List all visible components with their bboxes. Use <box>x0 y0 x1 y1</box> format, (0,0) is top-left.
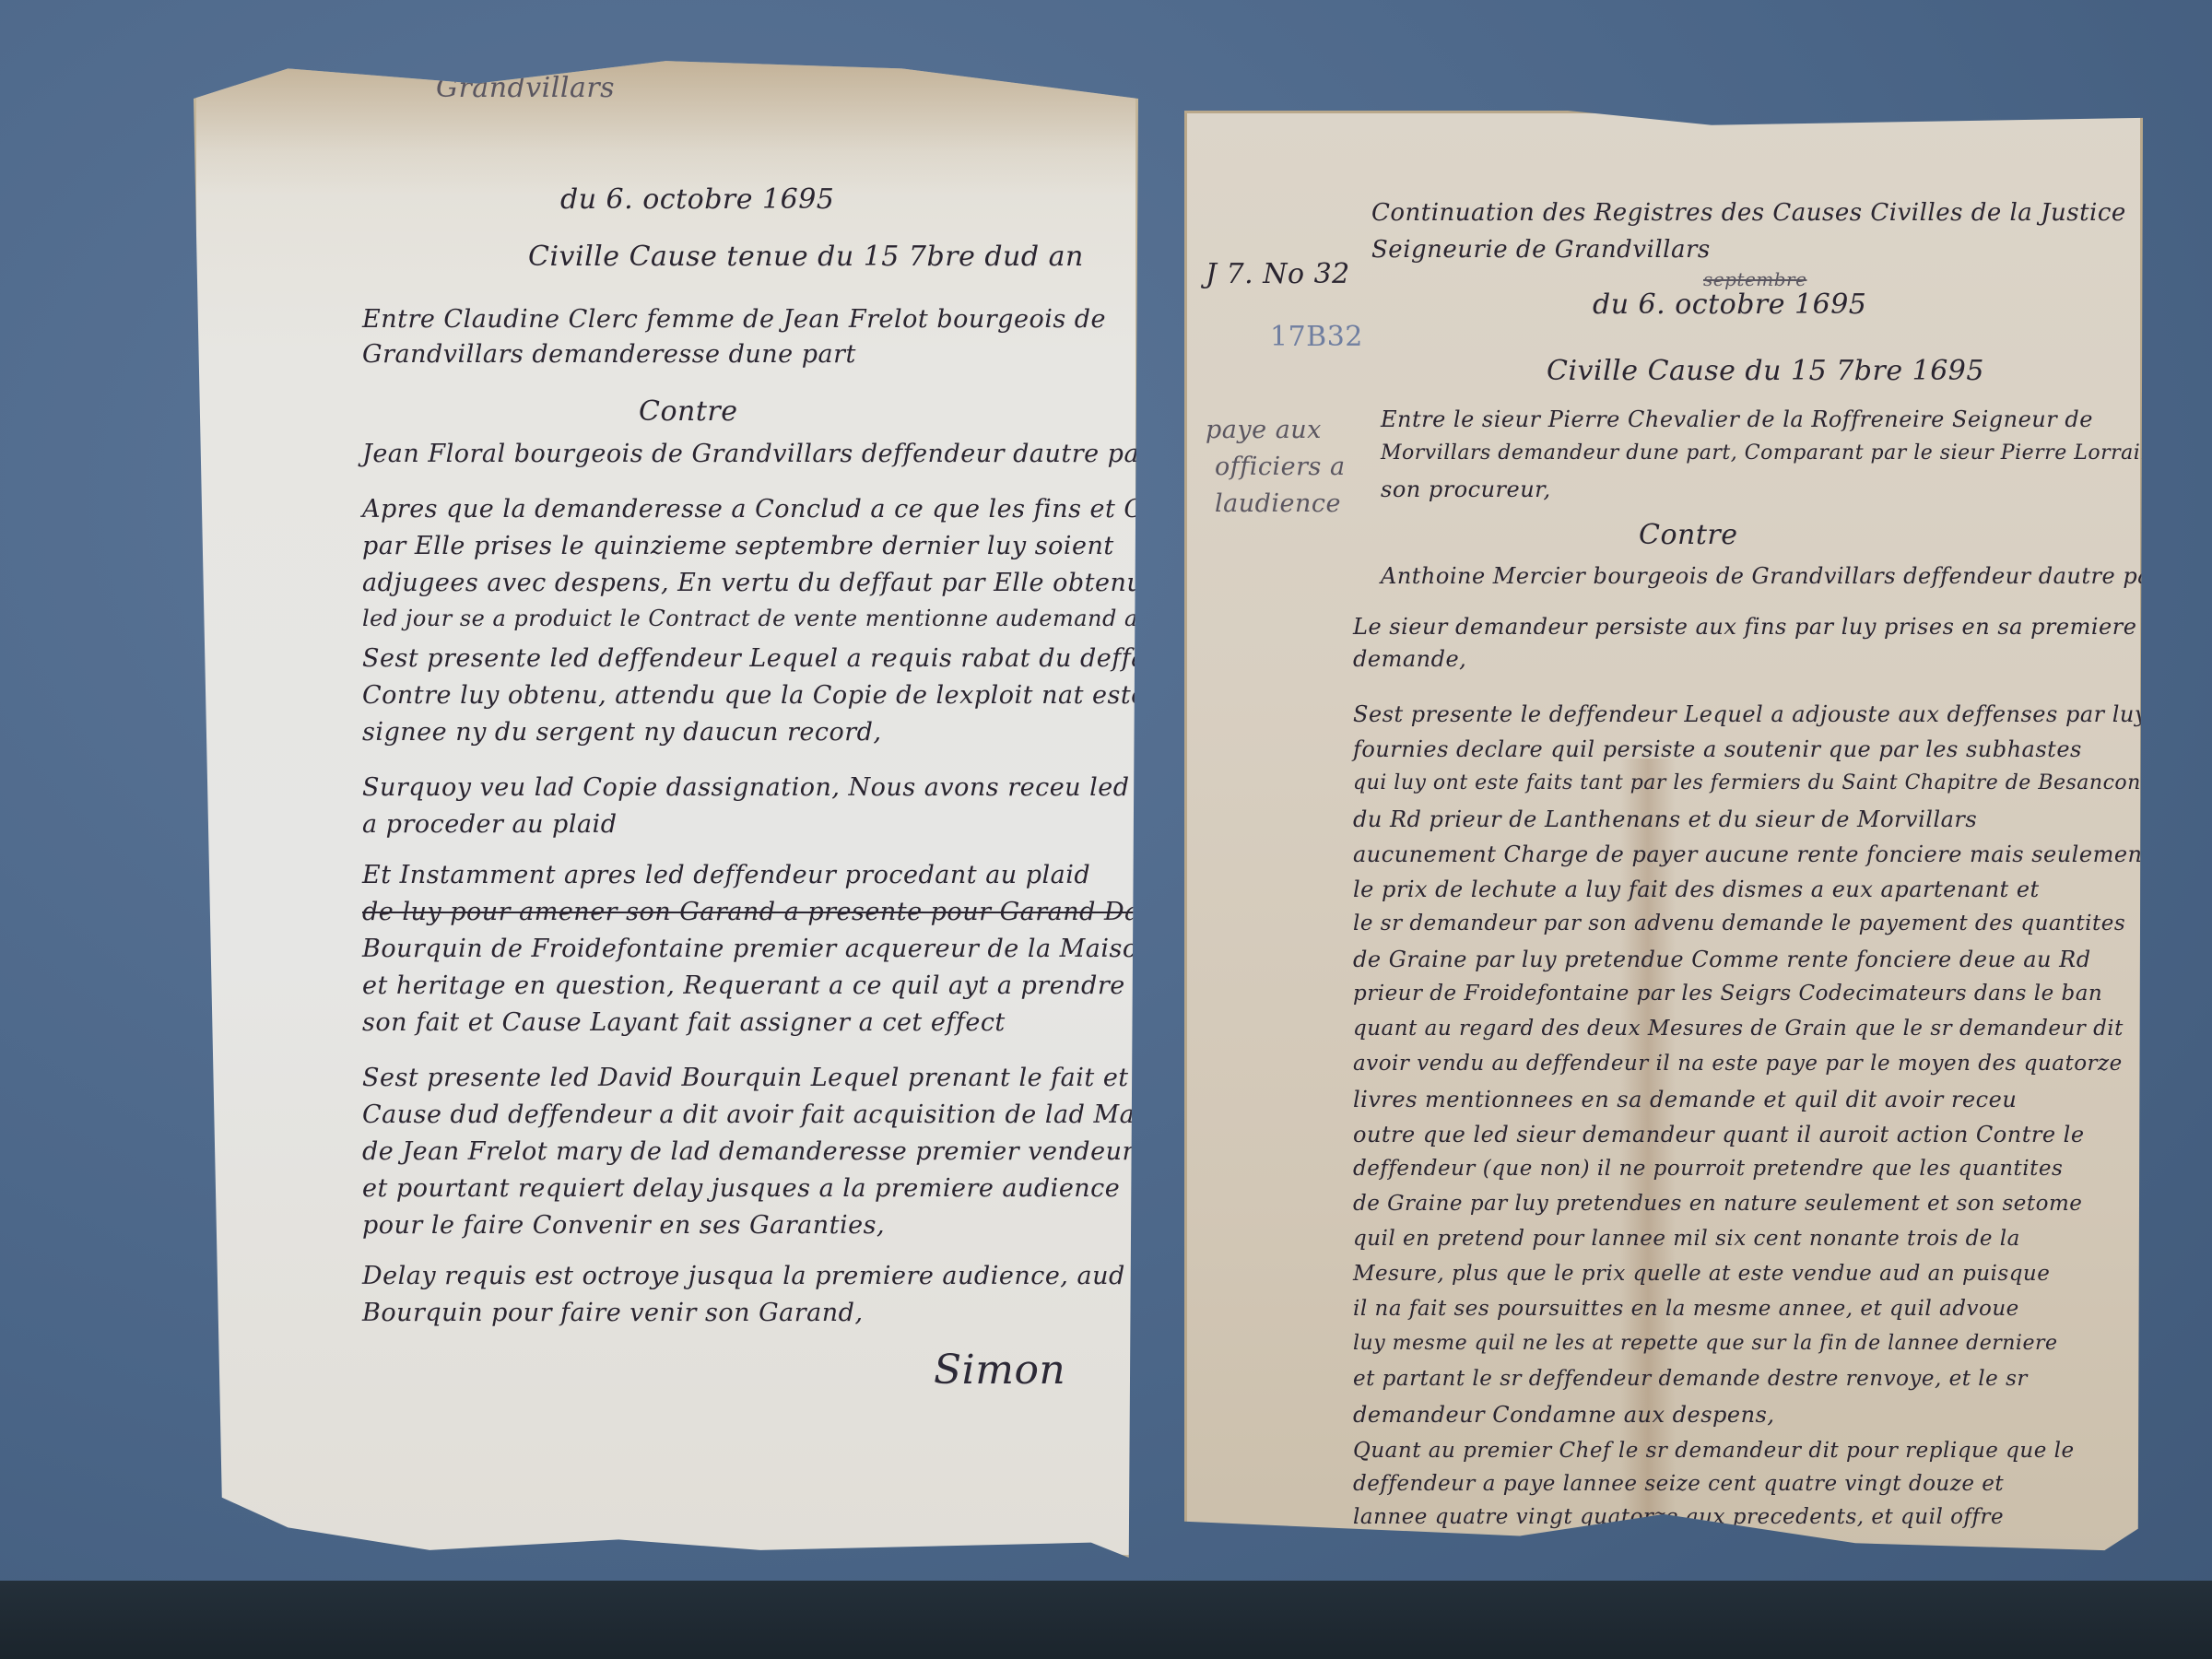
text-line: livres mentionnees en sa demande et quil… <box>1353 1088 2017 1111</box>
archive-stamp: 17B32 <box>1270 321 1363 353</box>
torn-top-edge <box>196 56 1135 194</box>
text-line: Quant au premier Chef le sr demandeur di… <box>1353 1441 2075 1462</box>
text-line: Sest presente led deffendeur Lequel a re… <box>362 646 1173 671</box>
text-line: outre que led sieur demandeur quant il a… <box>1353 1124 2085 1146</box>
text-line: Sest presente led David Bourquin Lequel … <box>362 1065 1129 1090</box>
contre-heading: Contre <box>639 395 738 428</box>
text-line: demandeur Condamne aux despens, <box>1353 1404 1774 1426</box>
text-line: a proceder au plaid <box>362 812 617 837</box>
text-line: Entre Claudine Clerc femme de Jean Frelo… <box>362 307 1106 332</box>
text-line: Et Instamment apres led deffendeur proce… <box>362 863 1090 888</box>
text-line: de Jean Frelot mary de lad demanderesse … <box>362 1139 1135 1164</box>
text-line: Sest presente le deffendeur Lequel a adj… <box>1353 703 2147 725</box>
text-line: signee ny du sergent ny daucun record, <box>362 720 882 745</box>
text-line: le prix de lechute a luy fait des dismes… <box>1353 878 2040 900</box>
text-line: il na fait ses poursuittes en la mesme a… <box>1353 1299 2019 1320</box>
text-line: Le sieur demandeur persiste aux fins par… <box>1353 616 2136 638</box>
dark-shelf <box>0 1581 2212 1659</box>
text-line: pour le faire Convenir en ses Garanties, <box>362 1213 885 1238</box>
text-line: Contre luy obtenu, attendu que la Copie … <box>362 683 1147 708</box>
text-line: Morvillars demandeur dune part, Comparan… <box>1381 443 2154 464</box>
contre-heading: Contre <box>1639 519 1738 551</box>
title-line: Seigneurie de Grandvillars <box>1371 238 1711 262</box>
text-line: le sr demandeur par son advenu demande l… <box>1353 913 2125 935</box>
text-line: Entre le sieur Pierre Chevalier de la Ro… <box>1381 408 2093 430</box>
text-line: prieur de Froidefontaine par les Seigrs … <box>1353 983 2102 1005</box>
margin-note-line: laudience <box>1215 491 1341 516</box>
date-heading: du 6. octobre 1695 <box>1593 288 1866 321</box>
date-heading: du 6. octobre 1695 <box>560 183 834 216</box>
struck-date: septembre <box>1703 270 1806 288</box>
margin-note-line: paye aux <box>1206 418 1322 442</box>
text-line: avoir vendu au deffendeur il na este pay… <box>1353 1053 2123 1075</box>
text-line: Bourquin de Froidefontaine premier acque… <box>362 936 1155 961</box>
text-line: Mesure, plus que le prix quelle at este … <box>1353 1264 2050 1285</box>
signature: Simon <box>934 1347 1065 1394</box>
text-line: et partant le sr deffendeur demande dest… <box>1353 1369 2028 1390</box>
text-line: et pourtant requiert delay jusques a la … <box>362 1176 1120 1201</box>
text-line: Apres que la demanderesse a Conclud a ce… <box>362 497 1281 522</box>
margin-reference: J 7. No 32 <box>1206 261 1350 288</box>
text-line: Grandvillars demanderesse dune part <box>362 342 856 367</box>
text-line: deffendeur a paye lannee seize cent quat… <box>1353 1474 2004 1495</box>
text-line: Delay requis est octroye jusqua la premi… <box>362 1264 1125 1288</box>
text-line: demande, <box>1353 648 1466 670</box>
text-line: qui luy ont este faits tant par les ferm… <box>1353 773 2141 794</box>
text-line: deffendeur (que non) il ne pourroit pret… <box>1353 1159 2063 1180</box>
text-line: quil en pretend pour lannee mil six cent… <box>1353 1229 2020 1250</box>
text-line: par Elle prises le quinzieme septembre d… <box>362 534 1114 559</box>
text-line: quant au regard des deux Mesures de Grai… <box>1353 1018 2124 1040</box>
torn-header-text: Grandvillars <box>436 75 615 102</box>
right-page: Continuation des Registres des Causes Ci… <box>1184 111 2143 1558</box>
text-line: Anthoine Mercier bourgeois de Grandvilla… <box>1381 565 2171 587</box>
text-line: de Graine par luy pretendues en nature s… <box>1353 1194 2082 1215</box>
text-line: luy mesme quil ne les at repette que sur… <box>1353 1334 2058 1354</box>
text-line: Jean Floral bourgeois de Grandvillars de… <box>362 441 1162 466</box>
session-heading: Civille Cause du 15 7bre 1695 <box>1547 355 1984 387</box>
struck-line: de luy pour amener son Garand a presente… <box>362 900 1179 924</box>
text-line: du Rd prieur de Lanthenans et du sieur d… <box>1353 808 1977 830</box>
text-line: Surquoy veu lad Copie dassignation, Nous… <box>362 775 1237 800</box>
text-line: lannee quatre vingt quatorze aux precede… <box>1353 1507 2004 1528</box>
text-line: adjugees avec despens, En vertu du deffa… <box>362 571 1143 595</box>
title-line: Continuation des Registres des Causes Ci… <box>1371 201 2126 225</box>
text-line: de Graine par luy pretendue Comme rente … <box>1353 948 2091 971</box>
margin-note-line: officiers a <box>1215 454 1346 479</box>
session-heading: Civille Cause tenue du 15 7bre dud an <box>528 241 1084 273</box>
text-line: aucunement Charge de payer aucune rente … <box>1353 843 2152 865</box>
text-line: led jour se a produict le Contract de ve… <box>362 607 1239 629</box>
left-page: Grandvillars du 6. octobre 1695 Civille … <box>194 53 1138 1558</box>
text-line: Cause dud deffendeur a dit avoir fait ac… <box>362 1102 1188 1127</box>
text-line: son fait et Cause Layant fait assigner a… <box>362 1010 1006 1035</box>
text-line: son procureur, <box>1381 478 1551 500</box>
text-line: et heritage en question, Requerant a ce … <box>362 973 1125 998</box>
text-line: Bourquin pour faire venir son Garand, <box>362 1300 864 1325</box>
text-line: fournies declare quil persiste a souteni… <box>1353 738 2082 760</box>
